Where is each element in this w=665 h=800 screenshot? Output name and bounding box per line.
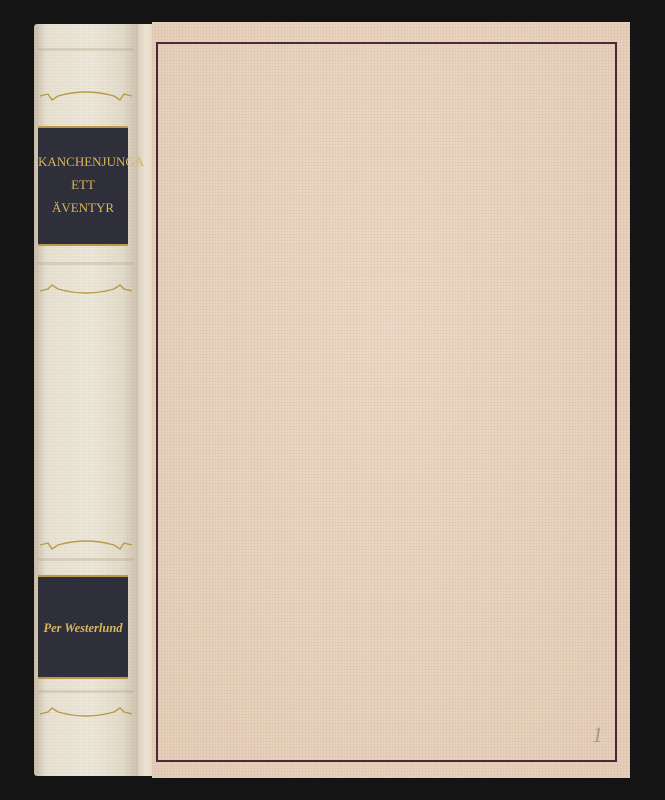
title-line: ÄVENTYR xyxy=(38,196,128,219)
gilt-ornament-icon xyxy=(38,537,134,551)
cover-border-rule xyxy=(156,42,617,762)
spine-band xyxy=(38,558,134,561)
gilt-ornament-icon xyxy=(38,88,134,102)
gilt-ornament-icon xyxy=(38,706,134,720)
author-name: Per Westerlund xyxy=(43,621,122,635)
gilt-ornament-icon xyxy=(38,283,134,297)
title-line: ETT xyxy=(38,173,128,196)
pencil-mark: 1 xyxy=(592,722,603,748)
spine-author-label: Per Westerlund xyxy=(38,575,128,679)
spine-band xyxy=(38,262,134,265)
spine-title-label: KANCHENJUNGA ETT ÄVENTYR xyxy=(38,126,128,246)
spine-band xyxy=(38,48,134,51)
title-line: KANCHENJUNGA xyxy=(38,150,128,173)
book-photo: KANCHENJUNGA ETT ÄVENTYR Per Westerlund … xyxy=(0,0,665,800)
spine-band xyxy=(38,690,134,693)
front-cover: 1 xyxy=(152,22,630,778)
